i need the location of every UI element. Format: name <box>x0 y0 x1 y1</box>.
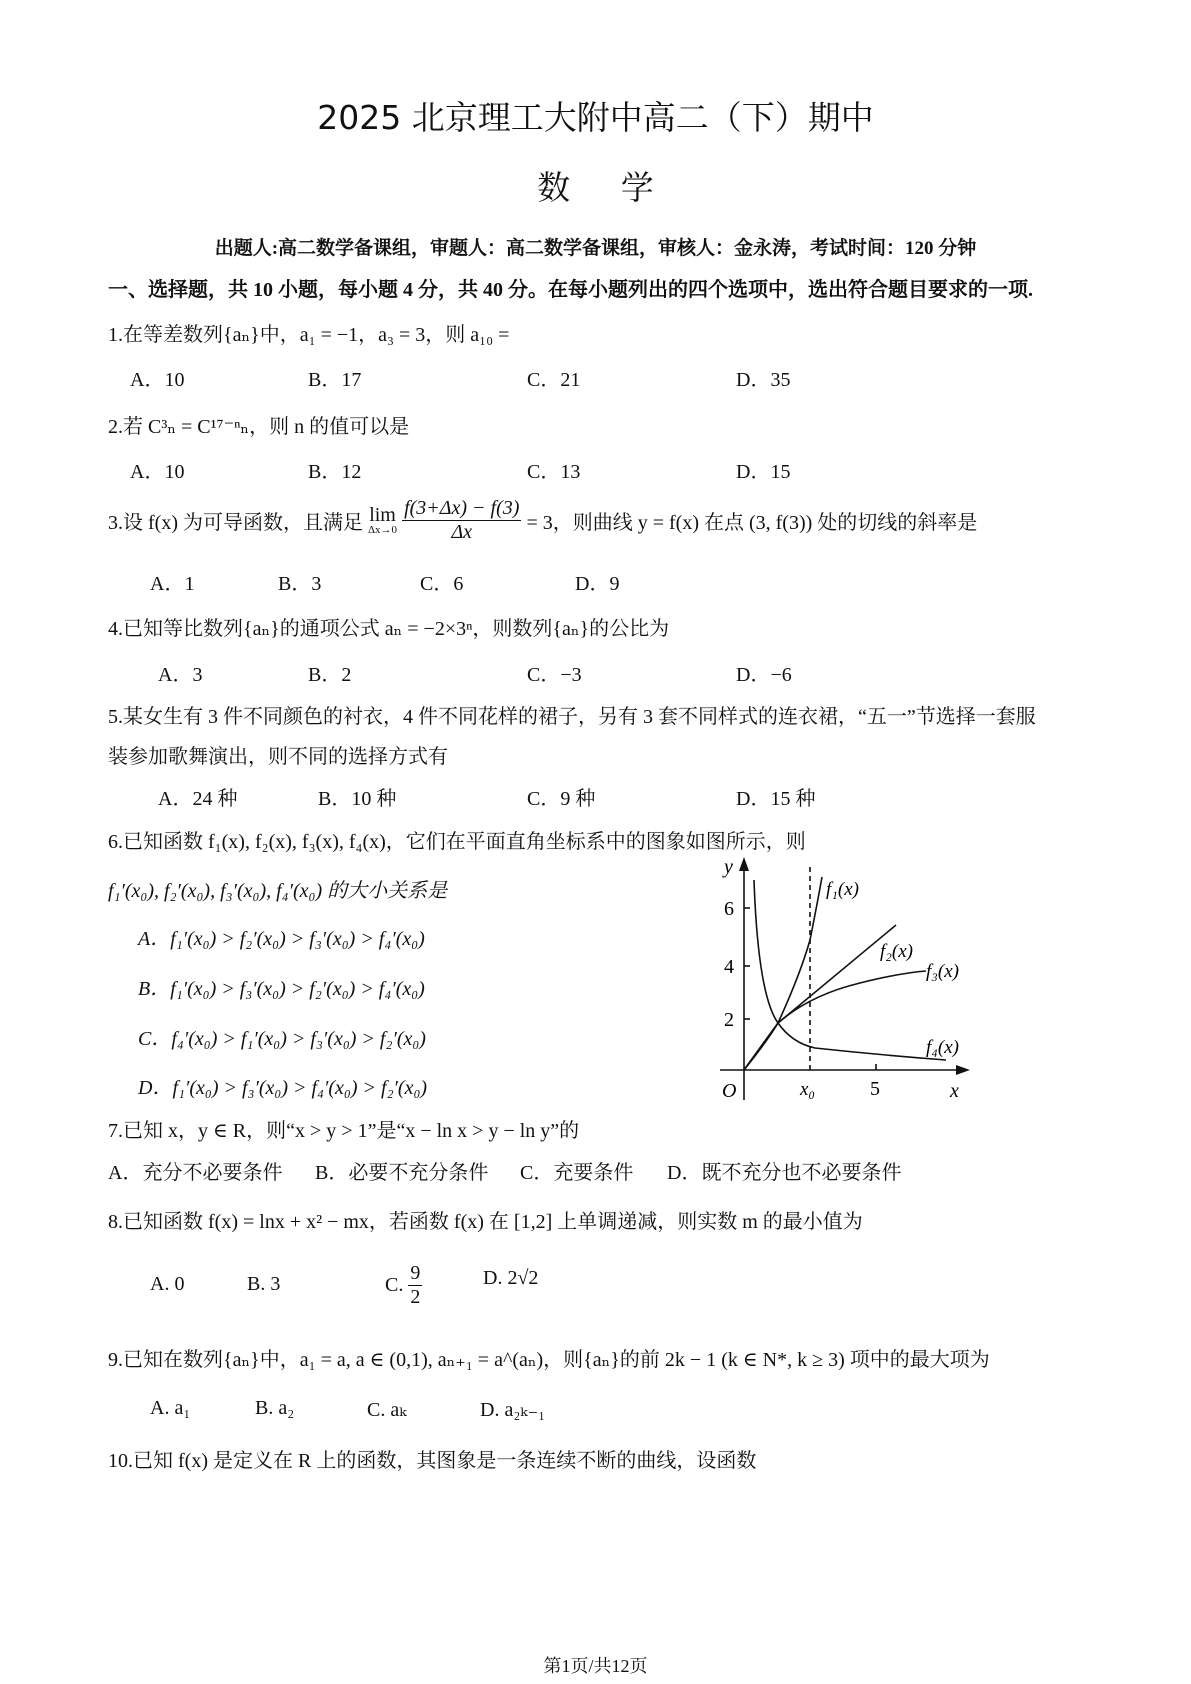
option-a: A．10 <box>130 363 184 392</box>
option-c: C. 9 2 <box>385 1262 422 1309</box>
question-7-stem: 7.已知 x，y ∈ R，则“x > y > 1”是“x − ln x > y … <box>108 1114 579 1143</box>
option-c: C．−3 <box>527 658 582 687</box>
question-6-stem-line2: f₁′(x₀), f₂′(x₀), f₃′(x₀), f₄′(x₀) 的大小关系… <box>108 874 447 903</box>
option-b: B．10 种 <box>318 782 396 811</box>
question-5-stem-line2: 装参加歌舞演出，则不同的选择方式有 <box>108 740 448 769</box>
option-d: D．−6 <box>736 658 792 687</box>
option-b: B. 3 <box>247 1273 280 1296</box>
option-b: B．f₁′(x₀) > f₃′(x₀) > f₂′(x₀) > f₄′(x₀) <box>138 972 425 1001</box>
q3-suffix: = 3，则曲线 y = f(x) 在点 (3, f(3)) 处的切线的斜率是 <box>526 512 977 534</box>
option-c-fraction: 9 2 <box>408 1262 422 1309</box>
y-tick-6: 6 <box>724 898 734 920</box>
y-tick-4: 4 <box>724 956 734 978</box>
option-b: B．3 <box>278 567 321 596</box>
difference-quotient: f(3+Δx) − f(3) Δx <box>402 497 521 544</box>
y-axis-arrow-icon <box>739 857 749 871</box>
option-d: D．f₁′(x₀) > f₃′(x₀) > f₄′(x₀) > f₂′(x₀) <box>138 1071 427 1100</box>
option-a: A. 0 <box>150 1273 184 1296</box>
y-axis-label: y <box>722 856 733 878</box>
option-c: C. aₖ <box>367 1397 407 1422</box>
option-a: A．10 <box>130 455 184 484</box>
x-axis-label: x <box>949 1080 959 1102</box>
origin-label: O <box>722 1080 736 1102</box>
option-c: C．充要条件 <box>520 1156 633 1185</box>
option-b: B．2 <box>308 658 351 687</box>
option-c: C．13 <box>527 455 580 484</box>
limit-expr: lim Δx→0 <box>368 505 397 536</box>
option-a: A．充分不必要条件 <box>108 1156 282 1185</box>
question-5-stem-line1: 5.某女生有 3 件不同颜色的衬衣，4 件不同花样的裙子，另有 3 套不同样式的… <box>108 700 1036 729</box>
question-3-stem: 3.设 f(x) 为可导函数，且满足 lim Δx→0 f(3+Δx) − f(… <box>108 497 977 544</box>
question-9-stem: 9.已知在数列{aₙ}中，a₁ = a, a ∈ (0,1), aₙ₊₁ = a… <box>108 1343 990 1372</box>
frac-numerator: f(3+Δx) − f(3) <box>402 497 521 521</box>
option-d: D. 2√2 <box>483 1267 538 1290</box>
exam-meta: 出题人:高二数学备课组，审题人：高二数学备课组，审核人：金永涛，考试时间：120… <box>0 233 1191 260</box>
label-f1: f₁(x) <box>826 879 859 900</box>
option-d: D．9 <box>575 567 619 596</box>
label-f2: f₂(x) <box>880 941 913 962</box>
frac-denominator: 2 <box>408 1286 422 1309</box>
option-a: A. a₁ <box>150 1397 190 1420</box>
section-heading: 一、选择题，共 10 小题，每小题 4 分，共 40 分。在每小题列出的四个选项… <box>108 273 1033 302</box>
function-graph-figure: y x O 2 4 6 x₀ 5 f₁(x) f₂(x) f₃(x) f₄(x) <box>700 855 980 1105</box>
option-a: A．3 <box>158 658 202 687</box>
option-c: C．6 <box>420 567 463 596</box>
exam-title: 2025 北京理工大附中高二（下）期中 <box>0 92 1191 139</box>
page-number: 第1页/共12页 <box>0 1652 1191 1678</box>
x-tick-x0: x₀ <box>799 1079 815 1100</box>
x-tick-5: 5 <box>870 1078 880 1100</box>
option-b: B．17 <box>308 363 361 392</box>
frac-numerator: 9 <box>408 1262 422 1286</box>
option-d: D．既不充分也不必要条件 <box>667 1156 901 1185</box>
option-d: D．15 种 <box>736 782 815 811</box>
option-b: B. a₂ <box>255 1397 294 1420</box>
option-a: A．f₁′(x₀) > f₂′(x₀) > f₃′(x₀) > f₄′(x₀) <box>138 922 425 951</box>
q3-prefix: 3.设 f(x) 为可导函数，且满足 <box>108 512 363 534</box>
option-c: C．21 <box>527 363 580 392</box>
limit-label: lim <box>368 505 397 525</box>
option-c: C．f₄′(x₀) > f₁′(x₀) > f₃′(x₀) > f₂′(x₀) <box>138 1022 426 1051</box>
label-f3: f₃(x) <box>926 961 959 982</box>
question-4-stem: 4.已知等比数列{aₙ}的通项公式 aₙ = −2×3ⁿ，则数列{aₙ}的公比为 <box>108 612 669 641</box>
y-tick-2: 2 <box>724 1009 734 1031</box>
option-a: A．1 <box>150 567 194 596</box>
label-f4: f₄(x) <box>926 1037 959 1058</box>
question-2-stem: 2.若 C³ₙ = C¹⁷⁻ⁿₙ，则 n 的值可以是 <box>108 410 409 439</box>
question-10-stem: 10.已知 f(x) 是定义在 R 上的函数，其图象是一条连续不断的曲线，设函数 <box>108 1444 756 1473</box>
option-c-label: C. <box>385 1274 403 1296</box>
question-6-stem-line1: 6.已知函数 f₁(x), f₂(x), f₃(x), f₄(x)，它们在平面直… <box>108 825 806 854</box>
question-1-stem: 1.在等差数列{aₙ}中，a₁ = −1，a₃ = 3，则 a₁₀ = <box>108 318 509 347</box>
question-8-stem: 8.已知函数 f(x) = lnx + x² − mx，若函数 f(x) 在 [… <box>108 1205 863 1234</box>
limit-subscript: Δx→0 <box>368 525 397 536</box>
option-b: B．必要不充分条件 <box>315 1156 488 1185</box>
option-d: D．35 <box>736 363 790 392</box>
option-d: D．15 <box>736 455 790 484</box>
frac-denominator: Δx <box>402 521 521 544</box>
option-b: B．12 <box>308 455 361 484</box>
option-a: A．24 种 <box>158 782 237 811</box>
option-d: D. a₂ₖ₋₁ <box>480 1397 545 1422</box>
option-c: C．9 种 <box>527 782 595 811</box>
subject-title: 数 学 <box>0 162 1191 209</box>
x-axis-arrow-icon <box>956 1065 970 1075</box>
curve-f3 <box>744 971 926 1070</box>
curve-f4 <box>754 880 946 1060</box>
